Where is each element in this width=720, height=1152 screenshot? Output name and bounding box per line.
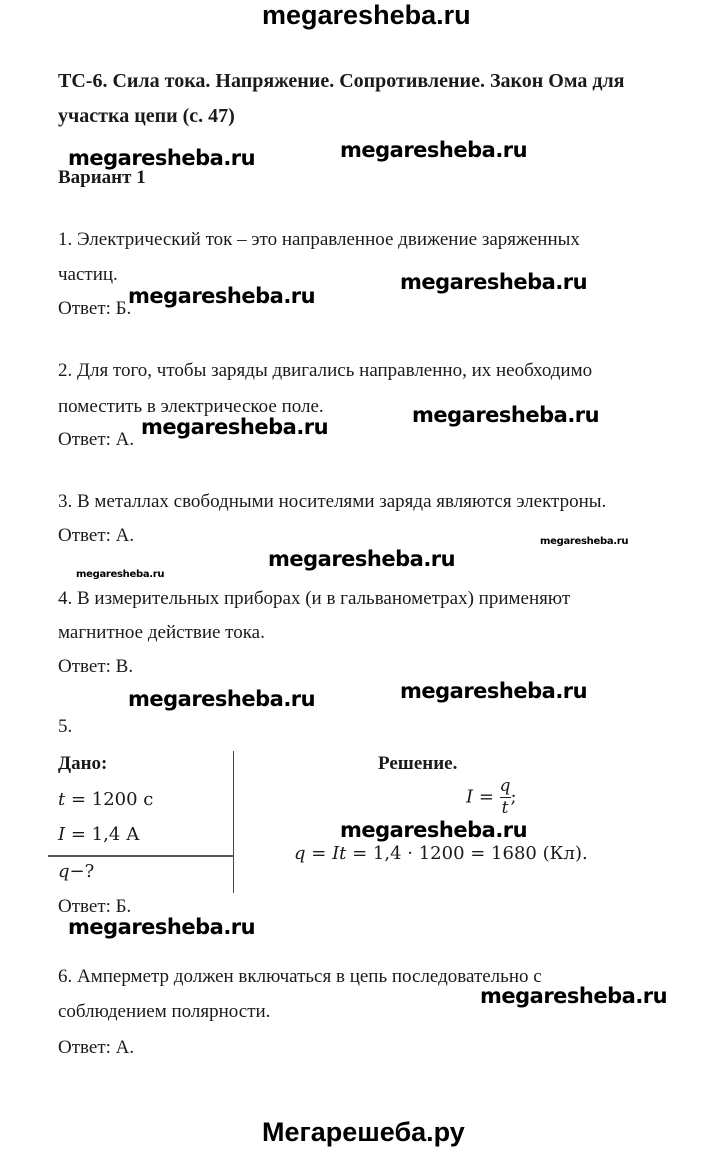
- variant-heading: Вариант 1: [58, 167, 146, 189]
- watermark: megaresheba.ru: [480, 984, 667, 1008]
- watermark: megaresheba.ru: [340, 818, 527, 842]
- calculation: q = It = 1,4 · 1200 = 1680 (Кл).: [294, 843, 588, 864]
- find-value: q−?: [58, 861, 94, 882]
- given-value-current: I = 1,4 А: [58, 824, 140, 845]
- question-6-text-cont: соблюдением полярности.: [58, 1001, 270, 1023]
- question-2-text: 2. Для того, чтобы заряды двигались напр…: [58, 360, 592, 382]
- question-3-answer: Ответ: А.: [58, 525, 134, 547]
- given-label: Дано:: [58, 753, 107, 775]
- footer-watermark: Мегарешеба.ру: [262, 1117, 465, 1148]
- formula-ohm-current: I = q t ;: [466, 778, 517, 817]
- fraction-denominator: t: [500, 800, 511, 817]
- solution-label: Решение.: [378, 753, 457, 775]
- fraction: q t: [500, 778, 511, 817]
- question-5-number: 5.: [58, 716, 72, 738]
- question-6-answer: Ответ: А.: [58, 1037, 134, 1059]
- watermark: megaresheba.ru: [400, 679, 587, 703]
- watermark: megaresheba.ru: [400, 270, 587, 294]
- question-6-text: 6. Амперметр должен включаться в цепь по…: [58, 966, 542, 988]
- header-watermark: megaresheba.ru: [262, 0, 471, 31]
- question-4-answer: Ответ: В.: [58, 656, 133, 678]
- question-3-text: 3. В металлах свободными носителями заря…: [58, 491, 606, 513]
- question-4-text: 4. В измерительных приборах (и в гальван…: [58, 588, 570, 610]
- watermark: megaresheba.ru: [268, 547, 455, 571]
- watermark: megaresheba.ru: [412, 403, 599, 427]
- given-value-time: t = 1200 с: [58, 789, 153, 810]
- given-divider-vertical: [233, 751, 234, 893]
- page-title-line1: ТС-6. Сила тока. Напряжение. Сопротивлен…: [58, 70, 624, 93]
- fraction-numerator: q: [500, 778, 511, 795]
- watermark: megaresheba.ru: [76, 569, 164, 580]
- question-1-answer: Ответ: Б.: [58, 298, 131, 320]
- watermark: megaresheba.ru: [340, 138, 527, 162]
- question-1-text-cont: частиц.: [58, 264, 118, 286]
- watermark: megaresheba.ru: [128, 284, 315, 308]
- watermark: megaresheba.ru: [141, 415, 328, 439]
- page-title-line2: участка цепи (с. 47): [58, 105, 235, 128]
- watermark: megaresheba.ru: [68, 915, 255, 939]
- watermark: megaresheba.ru: [128, 687, 315, 711]
- given-divider-horizontal: [48, 855, 234, 857]
- watermark: megaresheba.ru: [540, 536, 628, 547]
- formula-semicolon: ;: [511, 787, 517, 808]
- question-2-answer: Ответ: А.: [58, 429, 134, 451]
- question-1-text: 1. Электрический ток – это направленное …: [58, 229, 580, 251]
- question-4-text-cont: магнитное действие тока.: [58, 622, 265, 644]
